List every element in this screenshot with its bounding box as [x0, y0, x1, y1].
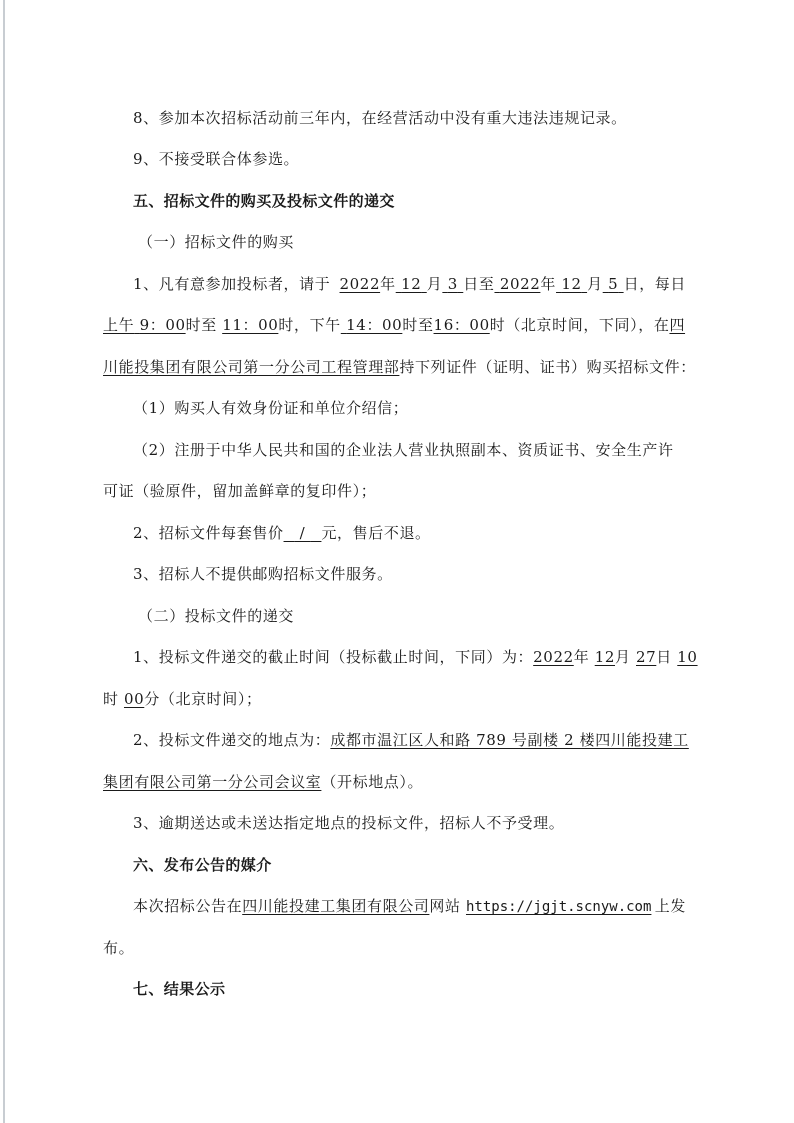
unit-label: 年	[540, 275, 556, 293]
purchase-requirement-2-line1: （2）注册于中华人民共和国的企业法人营业执照副本、资质证书、安全生产许	[133, 440, 674, 460]
purchase-dates: 2022年 12 月 3 日至 2022年 12 月 5 日，每日	[340, 274, 686, 294]
purchase-requirement-2-line2: 可证（验原件，留加盖鲜章的复印件）；	[103, 481, 376, 501]
submission-item-2-line2: 集团有限公司第一分公司会议室（开标地点）。	[103, 772, 423, 792]
purchase-place: 川能投集团有限公司第一分公司工程管理部	[103, 358, 399, 376]
end-month: 12	[556, 275, 587, 293]
location-line2: 集团有限公司第一分公司会议室	[103, 773, 321, 791]
am-label: 上午	[103, 316, 134, 334]
deadline-minute: 00	[124, 690, 144, 708]
section-heading-5: 五、招标文件的购买及投标文件的递交	[133, 191, 395, 211]
media-url-link[interactable]: https://jgjt.scnyw.com	[466, 899, 651, 915]
price-text: /	[294, 524, 310, 542]
subsection-heading-purchase: （一）招标文件的购买	[138, 232, 294, 252]
unit-label: 时	[103, 690, 119, 708]
start-day-value: 3	[448, 275, 458, 293]
end-day: 5	[603, 275, 624, 293]
purchase-item-2: 2、招标文件每套售价 / 元，售后不退。	[133, 523, 431, 543]
purchase-item-1-line1: 1、凡有意参加投标者，请于 2022年 12 月 3 日至 2022年 12 月…	[133, 274, 686, 294]
unit-label: 日，每日	[624, 275, 686, 293]
end-month-value: 12	[561, 275, 581, 293]
media-suffix: 上发	[655, 896, 686, 917]
time-connector: 时至	[402, 316, 433, 334]
unit-label: 年	[574, 648, 590, 666]
media-line1: 本次招标公告在四川能投建工集团有限公司网站 https://jgjt.scnyw…	[133, 896, 686, 917]
submission-item-1-line2: 时 00分（北京时间）；	[103, 689, 262, 709]
unit-label: 日至	[463, 275, 494, 293]
unit-label: 日	[656, 648, 672, 666]
media-mid: 网站	[429, 897, 460, 915]
start-month-value: 12	[401, 275, 421, 293]
am-start-value: 9：00	[140, 316, 186, 334]
price-prefix: 2、招标文件每套售价	[133, 524, 284, 542]
end-year-value: 2022	[500, 275, 541, 293]
purchase-prefix: 1、凡有意参加投标者，请于	[133, 274, 330, 294]
submission-item-2-line1: 2、投标文件递交的地点为：成都市温江区人和路 789 号副楼 2 楼四川能投建工	[133, 730, 686, 750]
purchase-requirement-1: （1）购买人有效身份证和单位介绍信；	[133, 398, 408, 418]
deadline-prefix: 1、投标文件递交的截止时间（投标截止时间，下同）为：	[133, 647, 533, 667]
unit-label: 月	[587, 275, 603, 293]
purchase-hours: 上午 9：00时至 11：00时，下午 14：00时至16：00时（北京时间，下…	[103, 315, 685, 335]
requirement-item-9: 9、不接受联合体参选。	[133, 149, 299, 169]
purchase-item-1-line3: 川能投集团有限公司第一分公司工程管理部持下列证件（证明、证书）购买招标文件：	[103, 357, 696, 377]
submission-item-3: 3、逾期送达或未送达指定地点的投标文件，招标人不予受理。	[133, 813, 564, 833]
location-suffix: （开标地点）。	[321, 773, 423, 791]
am-end: 11：00	[222, 316, 278, 334]
media-company: 四川能投建工集团有限公司	[242, 897, 429, 915]
purchase-suffix: 持下列证件（证明、证书）购买招标文件：	[399, 358, 695, 376]
section-heading-7: 七、结果公示	[133, 979, 225, 999]
purchase-place-start: 四	[669, 316, 685, 334]
pm-start: 14：00	[341, 316, 403, 334]
price-value: /	[284, 524, 322, 542]
deadline-hour: 10	[677, 648, 697, 666]
unit-label: 月	[427, 275, 443, 293]
submission-item-1-line1: 1、投标文件递交的截止时间（投标截止时间，下同）为： 2022年 12月 27日…	[133, 647, 686, 667]
start-month: 12	[396, 275, 427, 293]
media-text: 本次招标公告在四川能投建工集团有限公司网站 https://jgjt.scnyw…	[133, 896, 651, 917]
deadline-date: 2022年 12月 27日 10	[533, 647, 697, 667]
requirement-item-8: 8、参加本次招标活动前三年内，在经营活动中没有重大违法违规记录。	[133, 108, 627, 128]
pm-start-value: 14：00	[346, 316, 402, 334]
location-prefix: 2、投标文件递交的地点为：	[133, 730, 330, 750]
end-day-value: 5	[608, 275, 618, 293]
location-line1: 成都市温江区人和路 789 号副楼 2 楼四川能投建工	[330, 730, 688, 750]
start-day: 3	[442, 275, 463, 293]
deadline-month: 12	[595, 648, 615, 666]
am-start: 9：00	[134, 316, 185, 334]
purchase-item-3: 3、招标人不提供邮购招标文件服务。	[133, 564, 393, 584]
time-note: 时（北京时间，下同），在	[490, 316, 670, 334]
start-year: 2022	[340, 275, 381, 293]
section-heading-6: 六、发布公告的媒介	[133, 855, 272, 875]
pm-label: 时，下午	[278, 316, 340, 334]
price-suffix: 元，售后不退。	[321, 524, 430, 542]
scan-edge-artifact	[3, 0, 5, 1123]
subsection-heading-submission: （二）投标文件的递交	[138, 606, 294, 626]
purchase-item-1-line2: 上午 9：00时至 11：00时，下午 14：00时至16：00时（北京时间，下…	[103, 315, 686, 335]
unit-label: 年	[380, 275, 396, 293]
end-year: 2022	[494, 275, 540, 293]
unit-label: 月	[615, 648, 631, 666]
deadline-year: 2022	[533, 648, 574, 666]
time-connector: 时至	[186, 316, 217, 334]
media-line2: 布。	[103, 938, 134, 958]
media-prefix: 本次招标公告在	[133, 897, 242, 915]
deadline-day: 27	[636, 648, 656, 666]
deadline-suffix: 分（北京时间）；	[144, 690, 261, 708]
pm-end: 16：00	[434, 316, 490, 334]
